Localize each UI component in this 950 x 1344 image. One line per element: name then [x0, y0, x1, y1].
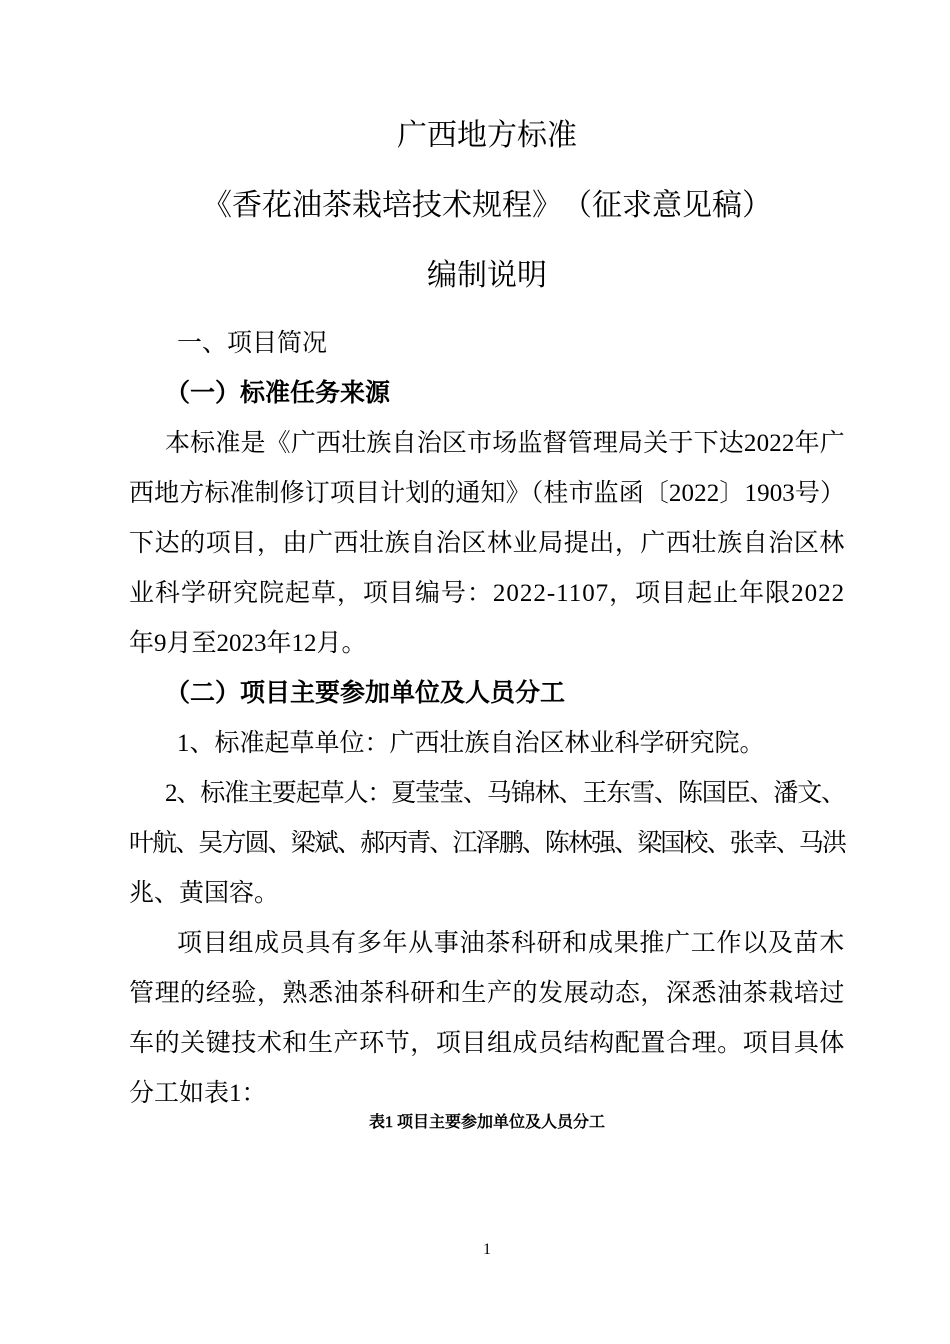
paragraph-line: 年9月至2023年12月。 [129, 619, 845, 669]
document-content: 广西地方标准 《香花油茶栽培技术规程》 （征求意见稿） 编制说明 一、项目简况 … [129, 101, 845, 1139]
paragraph-line: 西地方标准制修订项目计划的通知》（桂市监函〔2022〕1903号） [129, 469, 845, 519]
section-heading-1: 一、项目简况 [129, 319, 845, 369]
document-page: 广西地方标准 《香花油茶栽培技术规程》 （征求意见稿） 编制说明 一、项目简况 … [0, 0, 950, 1344]
doc-title-subtitle: 编制说明 [129, 241, 845, 311]
paragraph-line: 业科学研究院起草，项目编号：2022-1107，项目起止年限2022 [129, 569, 845, 619]
subsection-heading-1-1: （一）标准任务来源 [129, 369, 845, 419]
document-body: 一、项目简况 （一）标准任务来源 本标准是《广西壮族自治区市场监督管理局关于下达… [129, 319, 845, 1139]
paragraph-line: 项目组成员具有多年从事油茶科研和成果推广工作以及苗木 [129, 919, 845, 969]
list-item-1: 1、标准起草单位：广西壮族自治区林业科学研究院。 [129, 719, 845, 769]
list-item-2-line: 兆、黄国容。 [129, 869, 845, 919]
doc-title-standard-name: 《香花油茶栽培技术规程》 （征求意见稿） [129, 171, 845, 241]
paragraph-line: 车的关键技术和生产环节，项目组成员结构配置合理。项目具体 [129, 1019, 845, 1069]
paragraph-line: 下达的项目，由广西壮族自治区林业局提出，广西壮族自治区林 [129, 519, 845, 569]
paragraph-line: 本标准是《广西壮族自治区市场监督管理局关于下达2022年广 [129, 419, 845, 469]
paragraph-line: 管理的经验，熟悉油茶科研和生产的发展动态，深悉油茶栽培过 [129, 969, 845, 1019]
subsection-heading-1-2: （二）项目主要参加单位及人员分工 [129, 669, 845, 719]
list-item-2-line: 2、标准主要起草人：夏莹莹、马锦林、王东雪、陈国臣、潘文、 [129, 769, 845, 819]
doc-title-standard-org: 广西地方标准 [129, 101, 845, 171]
list-item-2-line: 叶航、吴方圆、梁斌、郝丙青、江泽鹏、陈林强、梁国校、张幸、马洪 [129, 819, 845, 869]
page-number: 1 [129, 1238, 845, 1262]
